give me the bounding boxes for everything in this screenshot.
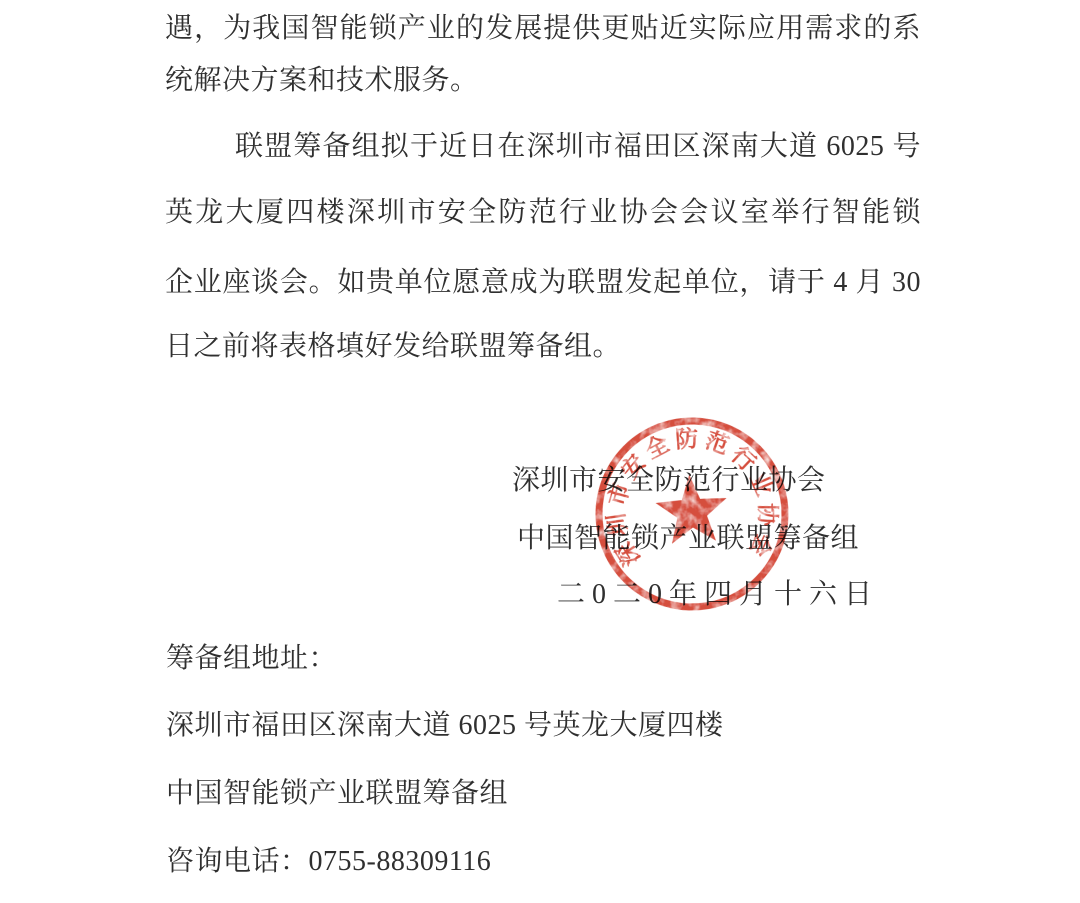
letter-page: 遇，为我国智能锁产业的发展提供更贴近实际应用需求的系 统解决方案和技术服务。 联… xyxy=(0,0,1080,903)
seal-graphic: 深圳市安全防范行业协会 xyxy=(579,401,805,627)
official-seal-stamp: 深圳市安全防范行业协会 xyxy=(579,401,805,627)
svg-text:协: 协 xyxy=(755,503,780,527)
svg-text:范: 范 xyxy=(702,428,732,459)
footer-phone-label: 咨询电话： xyxy=(166,846,309,877)
body-line-6: 日之前将表格填好发给联盟筹备组。 xyxy=(165,327,921,367)
body-line-1: 遇，为我国智能锁产业的发展提供更贴近实际应用需求的系 xyxy=(165,9,921,49)
body-line-3: 联盟筹备组拟于近日在深圳市福田区深南大道 6025 号 xyxy=(165,127,921,167)
svg-text:市: 市 xyxy=(604,480,634,509)
footer-phone-number: 0755-88309116 xyxy=(309,846,492,877)
body-line-2: 统解决方案和技术服务。 xyxy=(165,61,921,101)
body-line-5: 企业座谈会。如贵单位愿意成为联盟发起单位，请于 4 月 30 xyxy=(165,263,921,303)
footer-phone-line: 咨询电话：0755-88309116 xyxy=(166,842,491,882)
body-line-4: 英龙大厦四楼深圳市安全防范行业协会会议室举行智能锁 xyxy=(165,193,921,233)
footer-address-line-1: 深圳市福田区深南大道 6025 号英龙大厦四楼 xyxy=(166,706,724,746)
star-icon xyxy=(655,474,728,544)
footer-address-label: 筹备组地址： xyxy=(166,639,337,679)
svg-text:防: 防 xyxy=(674,426,699,453)
footer-address-line-2: 中国智能锁产业联盟筹备组 xyxy=(166,774,508,814)
svg-text:圳: 圳 xyxy=(604,512,632,538)
